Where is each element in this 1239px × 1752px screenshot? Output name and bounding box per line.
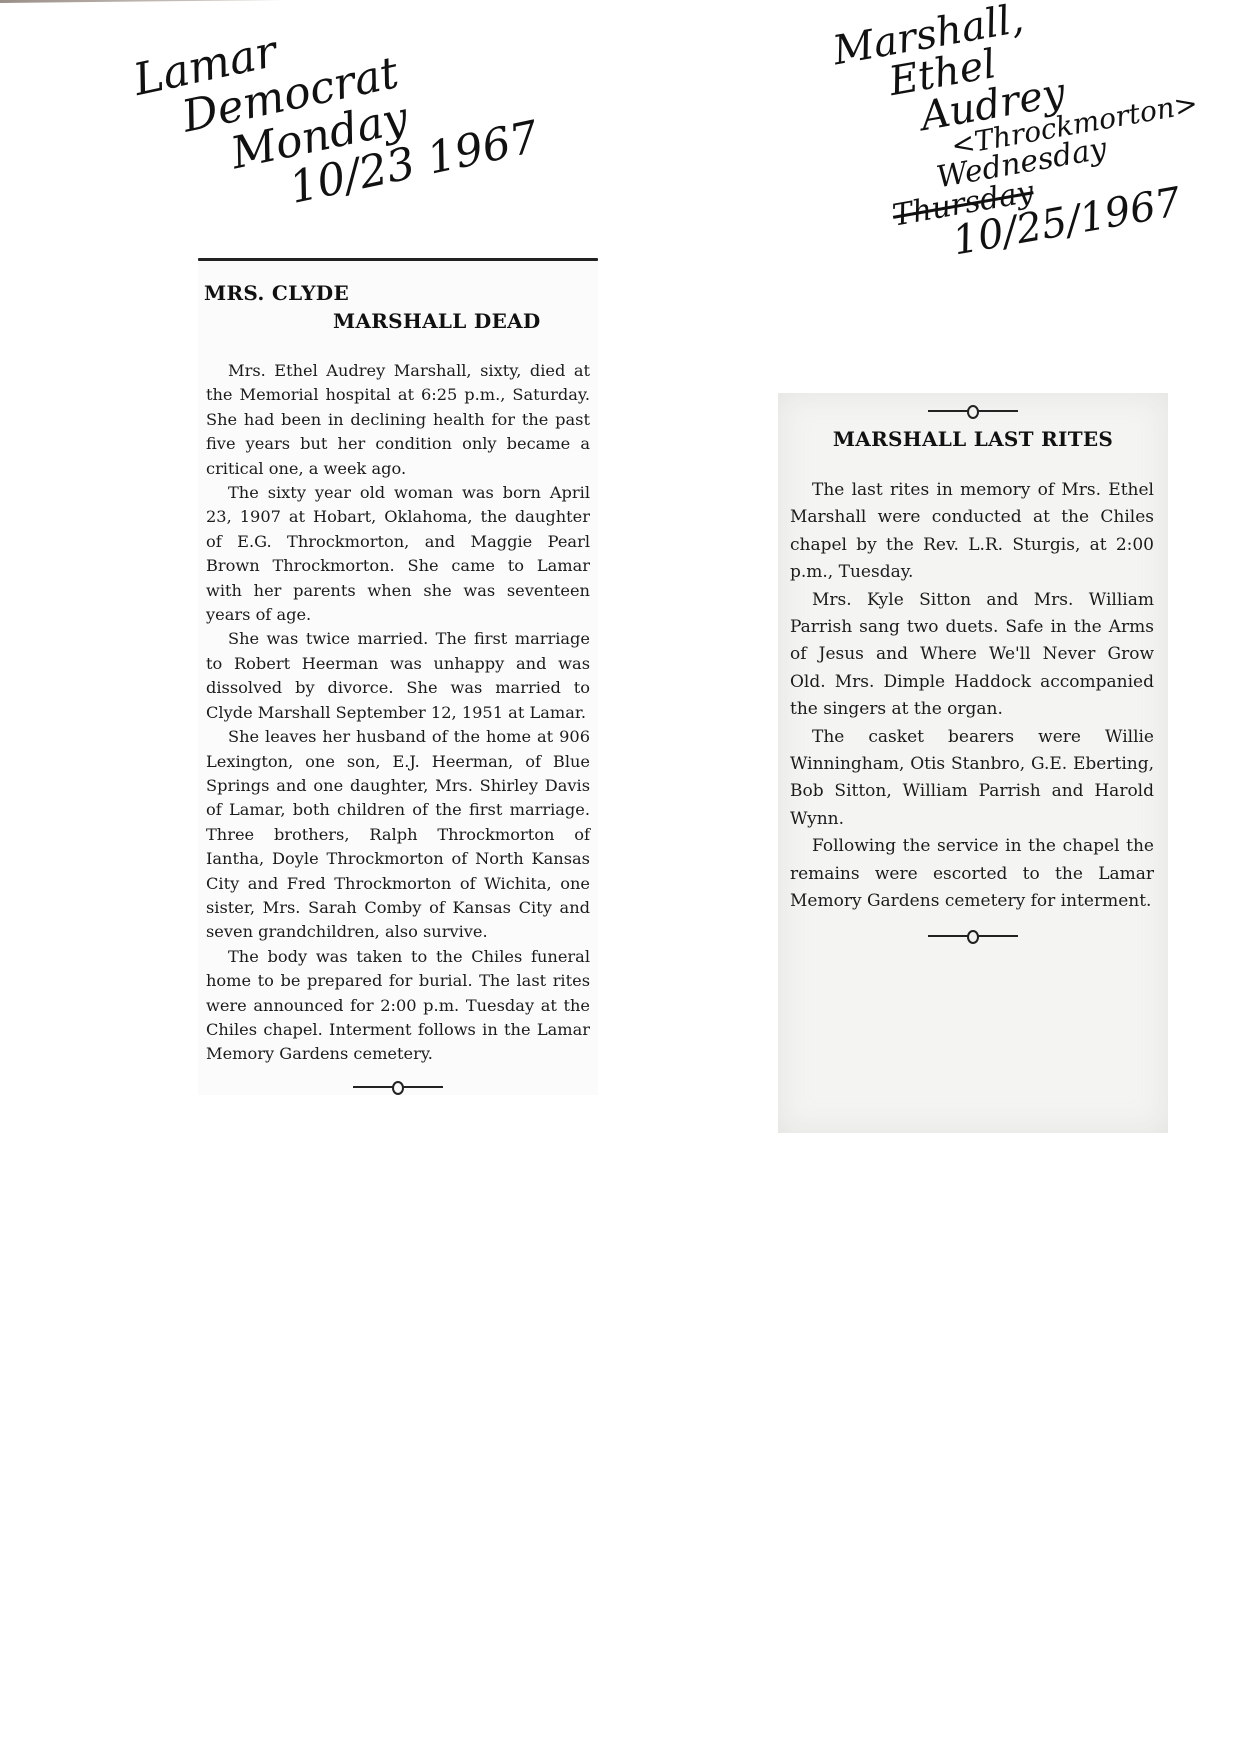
column-rule (198, 258, 598, 261)
last-rites-headline: MARSHALL LAST RITES (778, 427, 1168, 451)
paragraph: Following the service in the chapel the … (790, 833, 1154, 915)
paragraph: The casket bearers were Willie Winningha… (790, 724, 1154, 834)
end-dingbat (928, 928, 1018, 944)
last-rites-body: The last rites in memory of Mrs. Ethel M… (778, 477, 1168, 916)
paragraph: The last rites in memory of Mrs. Ethel M… (790, 477, 1154, 587)
handwritten-name-note: Marshall, Ethel Audrey <Throckmorton> We… (830, 0, 1217, 276)
scan-edge (0, 0, 330, 3)
paragraph: The body was taken to the Chiles funeral… (206, 945, 590, 1067)
paragraph: She was twice married. The first marriag… (206, 627, 590, 725)
paragraph: The sixty year old woman was born April … (206, 481, 590, 627)
death-notice-headline: MRS. CLYDE MARSHALL DEAD (198, 281, 598, 333)
death-notice-clipping: MRS. CLYDE MARSHALL DEAD Mrs. Ethel Audr… (198, 258, 598, 1095)
paragraph: She leaves her husband of the home at 90… (206, 725, 590, 945)
last-rites-clipping: MARSHALL LAST RITES The last rites in me… (778, 393, 1168, 1133)
headline-line: MRS. CLYDE (204, 281, 598, 305)
handwritten-source-note: Lamar Democrat Monday 10/23 1967 (130, 0, 543, 240)
end-dingbat (353, 1079, 443, 1095)
headline-line: MARSHALL DEAD (333, 309, 598, 333)
paragraph: Mrs. Ethel Audrey Marshall, sixty, died … (206, 359, 590, 481)
death-notice-body: Mrs. Ethel Audrey Marshall, sixty, died … (198, 359, 598, 1067)
section-dingbat (928, 403, 1018, 419)
paragraph: Mrs. Kyle Sitton and Mrs. William Parris… (790, 587, 1154, 724)
